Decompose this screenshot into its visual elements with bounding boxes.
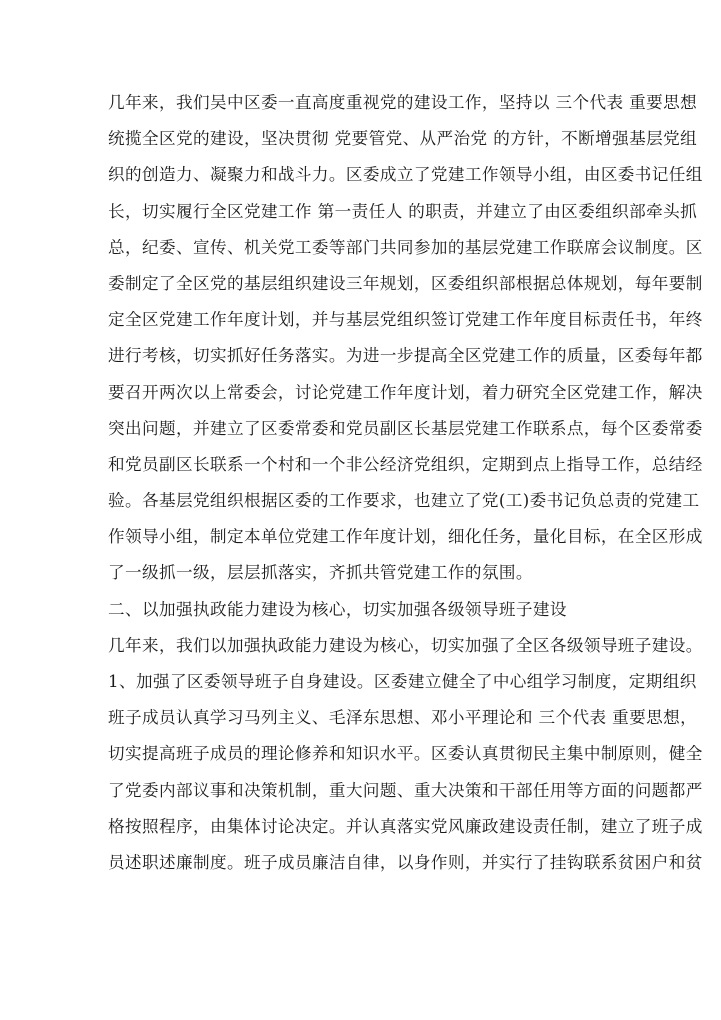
paragraph-line: 织的创造力、凝聚力和战斗力。区委成立了党建工作领导小组，由区委书记任组 xyxy=(108,161,614,197)
section-heading: 二、以加强执政能力建设为核心，切实加强各级领导班子建设 xyxy=(108,596,614,632)
paragraph-line: 班子成员认真学习马列主义、毛泽东思想、邓小平理论和 三个代表 重要思想， xyxy=(108,704,614,740)
paragraph-line: 了一级抓一级，层层抓落实，齐抓共管党建工作的氛围。 xyxy=(108,559,614,595)
paragraph-line: 员述职述廉制度。班子成员廉洁自律，以身作则，并实行了挂钩联系贫困户和贫 xyxy=(108,849,614,885)
paragraph-line: 格按照程序，由集体讨论决定。并认真落实党风廉政建设责任制，建立了班子成 xyxy=(108,813,614,849)
paragraph-line: 了党委内部议事和决策机制，重大问题、重大决策和干部任用等方面的问题都严 xyxy=(108,777,614,813)
paragraph-line: 长，切实履行全区党建工作 第一责任人 的职责，并建立了由区委组织部牵头抓 xyxy=(108,198,614,234)
paragraph-line: 几年来，我们以加强执政能力建设为核心，切实加强了全区各级领导班子建设。 xyxy=(108,632,614,668)
paragraph-line: 委制定了全区党的基层组织建设三年规划，区委组织部根据总体规划，每年要制 xyxy=(108,270,614,306)
paragraph-line: 1、加强了区委领导班子自身建设。区委建立健全了中心组学习制度，定期组织 xyxy=(108,668,614,704)
paragraph-line: 要召开两次以上常委会，讨论党建工作年度计划，着力研究全区党建工作，解决 xyxy=(108,379,614,415)
paragraph-line: 突出问题，并建立了区委常委和党员副区长基层党建工作联系点，每个区委常委 xyxy=(108,415,614,451)
paragraph-line: 几年来，我们吴中区委一直高度重视党的建设工作，坚持以 三个代表 重要思想 xyxy=(108,89,614,125)
paragraph-line: 统揽全区党的建设，坚决贯彻 党要管党、从严治党 的方针，不断增强基层党组 xyxy=(108,125,614,161)
paragraph-line: 验。各基层党组织根据区委的工作要求，也建立了党(工)委书记负总责的党建工 xyxy=(108,487,614,523)
paragraph-line: 和党员副区长联系一个村和一个非公经济党组织，定期到点上指导工作，总结经 xyxy=(108,451,614,487)
paragraph-line: 进行考核，切实抓好任务落实。为进一步提高全区党建工作的质量，区委每年都 xyxy=(108,342,614,378)
paragraph-line: 总，纪委、宣传、机关党工委等部门共同参加的基层党建工作联席会议制度。区 xyxy=(108,234,614,270)
paragraph-line: 切实提高班子成员的理论修养和知识水平。区委认真贯彻民主集中制原则，健全 xyxy=(108,740,614,776)
paragraph-line: 定全区党建工作年度计划，并与基层党组织签订党建工作年度目标责任书，年终 xyxy=(108,306,614,342)
paragraph-line: 作领导小组，制定本单位党建工作年度计划，细化任务，量化目标，在全区形成 xyxy=(108,523,614,559)
document-page: 几年来，我们吴中区委一直高度重视党的建设工作，坚持以 三个代表 重要思想 统揽全… xyxy=(108,89,614,885)
